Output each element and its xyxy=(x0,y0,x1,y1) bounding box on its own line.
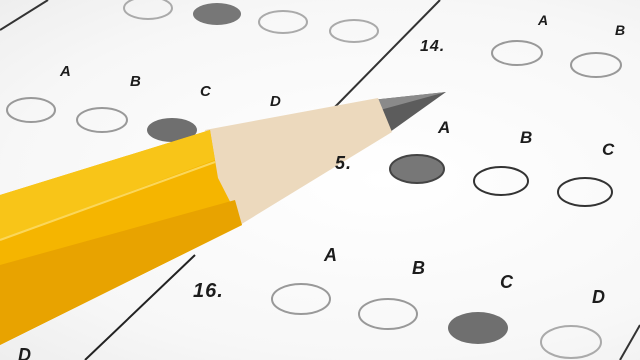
answer-sheet-photo: A B C D 14. A B 5. A B C 16. A B C D D xyxy=(0,0,640,360)
divider-line xyxy=(620,325,640,360)
question-number-5: 5. xyxy=(335,153,352,174)
bubble-16b xyxy=(359,299,417,329)
choice-label-5b: B xyxy=(520,128,533,148)
bubble xyxy=(124,0,172,19)
bubble-16d xyxy=(541,326,601,358)
bubble-16a xyxy=(272,284,330,314)
bubble-5a-filled xyxy=(390,155,444,183)
bubble xyxy=(330,20,378,42)
question-number-14: 14. xyxy=(420,38,445,56)
choice-label-a: A xyxy=(60,63,72,80)
bubble-16c-filled xyxy=(448,312,508,344)
bubble-b xyxy=(77,108,127,132)
divider-line xyxy=(0,0,48,30)
pencil xyxy=(0,92,446,345)
bubble-14a xyxy=(492,41,542,65)
choice-label-16a: A xyxy=(324,245,338,266)
choice-label-14b: B xyxy=(615,22,626,38)
question-number-16: 16. xyxy=(193,280,224,303)
bubble-5b xyxy=(474,167,528,195)
choice-label-14a: A xyxy=(538,12,549,28)
choice-label-b: B xyxy=(130,73,142,90)
choice-label-16b: B xyxy=(412,258,426,279)
choice-label-d: D xyxy=(270,93,282,110)
choice-label-16c: C xyxy=(500,272,514,293)
choice-label-5c: C xyxy=(602,140,615,160)
bubble-5c xyxy=(558,178,612,206)
bubble-14b xyxy=(571,53,621,77)
choice-label-16d: D xyxy=(592,287,606,308)
partial-choice-label: D xyxy=(18,345,32,360)
choice-label-5a: A xyxy=(438,118,451,138)
bubble xyxy=(259,11,307,33)
bubble-filled xyxy=(193,3,241,25)
choice-label-c: C xyxy=(200,83,212,100)
answer-sheet-graphic xyxy=(0,0,640,360)
bubble-a xyxy=(7,98,55,122)
